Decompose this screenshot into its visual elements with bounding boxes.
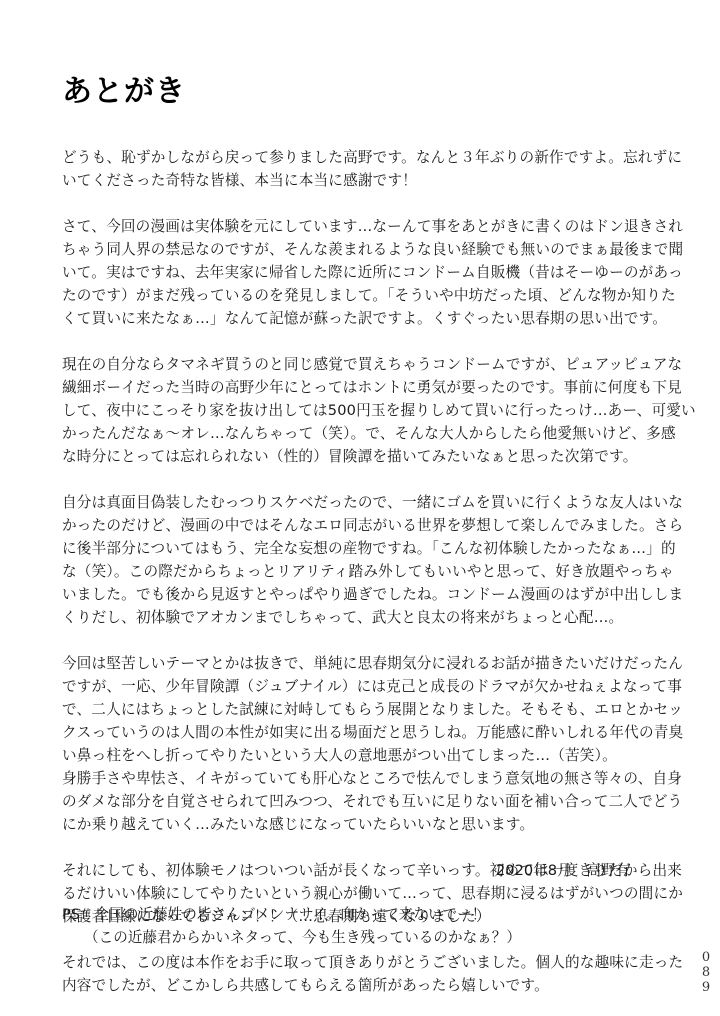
postscript-line: PS：全国の近藤姓の皆さんゴメンナサイ。向かって来ないでー！ bbox=[62, 903, 521, 926]
text-line: 自分は真面目偽装したむっつりスケベだったので、一緒にゴムを買いに行くような友人は… bbox=[62, 491, 662, 514]
text-line: るだけいい体験にしてやりたいという親心が働いて…って、思春期に浸るはずがいつの間… bbox=[62, 882, 662, 905]
signature: 2020年8月 高野有 bbox=[62, 859, 630, 882]
text-line: くりだし、初体験でアオカンまでしちゃって、武大と良太の将来がちょっと心配…。 bbox=[62, 606, 662, 629]
text-line: 内容でしたが、どこかしら共感してもらえる箇所があったら嬉しいです。 bbox=[62, 974, 662, 997]
text-line: にか乗り越えていく…みたいな感じになっていたらいいなと思います。 bbox=[62, 813, 662, 836]
afterword-body: どうも、恥ずかしながら戻って参りました高野です。なんと３年ぶりの新作ですよ。忘れ… bbox=[62, 146, 662, 997]
text-line: どうも、恥ずかしながら戻って参りました高野です。なんと３年ぶりの新作ですよ。忘れ… bbox=[62, 146, 662, 169]
text-line: のダメな部分を自覚させられて凹みつつ、それでも互いに足りない面を補い合って二人で… bbox=[62, 790, 662, 813]
text-line: な（笑）。この際だからちょっとリアリティ踏み外してもいいやと思って、好き放題やっ… bbox=[62, 560, 662, 583]
paragraph-theme: 今回は堅苦しいテーマとかは抜きで、単純に思春期気分に浸れるお話が描きたいだけだっ… bbox=[62, 652, 662, 836]
text-line: クスっていうのは人間の本性が如実に出る場面だと思うしね。万能感に酔いしれる年代の… bbox=[62, 721, 662, 744]
afterword-page: あとがき どうも、恥ずかしながら戻って参りました高野です。なんと３年ぶりの新作で… bbox=[0, 0, 720, 1016]
page-number-digit: 9 bbox=[700, 980, 712, 995]
text-line: いてくださった奇特な皆様、本当に本当に感謝です！ bbox=[62, 169, 662, 192]
paragraph-greeting: どうも、恥ずかしながら戻って参りました高野です。なんと３年ぶりの新作ですよ。忘れ… bbox=[62, 146, 662, 192]
text-line: して、夜中にこっそり家を抜け出しては500円玉を握りしめて買いに行ったっけ…あー… bbox=[62, 399, 662, 422]
page-title: あとがき bbox=[62, 74, 186, 110]
paragraph-origin: さて、今回の漫画は実体験を元にしています…なーんて事をあとがきに書くのはドン退き… bbox=[62, 215, 662, 330]
page-number: 0 8 9 bbox=[700, 950, 712, 995]
text-line: くて買いに来たなぁ…」なんて記憶が蘇った訳ですよ。くすぐったい思春期の思い出です… bbox=[62, 307, 662, 330]
text-line: い鼻っ柱をへし折ってやりたいという大人の意地悪がつい出てしまった…（苦笑）。 bbox=[62, 744, 662, 767]
postscript-line: （この近藤君からかいネタって、今も生き残っているのかなぁ？） bbox=[62, 926, 521, 949]
text-line: それでは、この度は本作をお手に取って頂きありがとうございました。個人的な趣味に走… bbox=[62, 951, 662, 974]
text-line: で、二人にはちょっとした試練に対峙してもらう展開となりました。そもそも、エロとか… bbox=[62, 698, 662, 721]
text-line: さて、今回の漫画は実体験を元にしています…なーんて事をあとがきに書くのはドン退き… bbox=[62, 215, 662, 238]
text-line: いて。実はですね、去年実家に帰省した際に近所にコンドーム自販機（昔はそーゆーのが… bbox=[62, 261, 662, 284]
text-line: 現在の自分ならタマネギ買うのと同じ感覚で買えちゃうコンドームですが、ピュアッピュ… bbox=[62, 353, 662, 376]
text-line: 今回は堅苦しいテーマとかは抜きで、単純に思春期気分に浸れるお話が描きたいだけだっ… bbox=[62, 652, 662, 675]
text-line: な時分にとっては忘れられない（性的）冒険譚を描いてみたいなぁと思った次第です。 bbox=[62, 445, 662, 468]
text-line: 繊細ボーイだった当時の高野少年にとってはホントに勇気が要ったのです。事前に何度も… bbox=[62, 376, 662, 399]
paragraph-thanks: それでは、この度は本作をお手に取って頂きありがとうございました。個人的な趣味に走… bbox=[62, 951, 662, 997]
page-number-digit: 0 bbox=[700, 950, 712, 965]
text-line: に後半部分についてはもう、完全な妄想の産物ですね。「こんな初体験したかったなぁ…… bbox=[62, 537, 662, 560]
text-line: ですが、一応、少年冒険譚（ジュブナイル）には克己と成長のドラマが欠かせねぇよなっ… bbox=[62, 675, 662, 698]
text-line: ちゃう同人界の禁忌なのですが、そんな羨まれるような良い経験でも無いのでまぁ最後ま… bbox=[62, 238, 662, 261]
text-line: かったんだなぁ～オレ…なんちゃって（笑）。で、そんな大人からしたら他愛無いけど、… bbox=[62, 422, 662, 445]
page-number-digit: 8 bbox=[700, 965, 712, 980]
text-line: たのです）がまだ残っているのを発見しまして。「そういや中坊だった頃、どんな物か知… bbox=[62, 284, 662, 307]
text-line: いました。でも後から見返すとやっぱやり過ぎでしたね。コンドーム漫画のはずが中出し… bbox=[62, 583, 662, 606]
text-line: 身勝手さや卑怯さ、イキがっていても肝心なところで怯んでしまう意気地の無さ等々の、… bbox=[62, 767, 662, 790]
paragraph-memory: 現在の自分ならタマネギ買うのと同じ感覚で買えちゃうコンドームですが、ピュアッピュ… bbox=[62, 353, 662, 468]
postscript: PS：全国の近藤姓の皆さんゴメンナサイ。向かって来ないでー！ （この近藤君からか… bbox=[62, 903, 521, 949]
paragraph-fantasy: 自分は真面目偽装したむっつりスケベだったので、一緒にゴムを買いに行くような友人は… bbox=[62, 491, 662, 629]
text-line: かったのだけど、漫画の中ではそんなエロ同志がいる世界を夢想して楽しんでみました。… bbox=[62, 514, 662, 537]
